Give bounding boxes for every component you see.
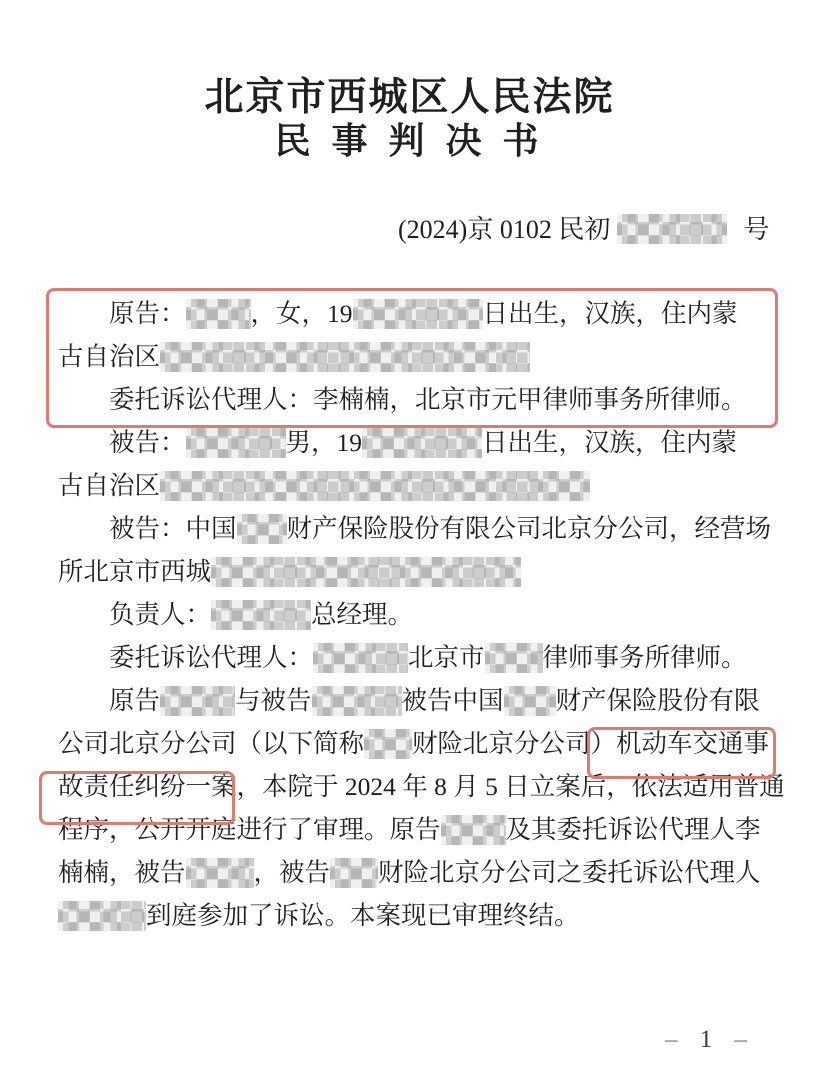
text-run: 及其委托诉讼代理人李 bbox=[506, 815, 761, 844]
text-run: 所北京市西城 bbox=[58, 557, 211, 586]
redacted-text bbox=[330, 858, 378, 888]
redacted-case-number bbox=[617, 214, 727, 244]
redacted-text bbox=[441, 815, 506, 845]
body-line: 程序，公开开庭进行了审理。原告及其委托诉讼代理人李 bbox=[58, 808, 778, 851]
redacted-text bbox=[362, 428, 482, 458]
body-line: 委托诉讼代理人：李楠楠，北京市元甲律师事务所律师。 bbox=[58, 378, 778, 421]
page-number: – 1 – bbox=[665, 1026, 749, 1054]
redacted-text bbox=[313, 643, 408, 673]
redacted-text bbox=[160, 686, 235, 716]
body-line: 到庭参加了诉讼。本案现已审理终结。 bbox=[58, 894, 778, 937]
text-run: 日出生，汉族，住内蒙 bbox=[482, 428, 737, 457]
page-number-dash-left: – bbox=[665, 1026, 680, 1053]
text-run: 北京市 bbox=[408, 643, 485, 672]
text-run: 委托诉讼代理人：李楠楠，北京市元甲律师事务所律师。 bbox=[109, 385, 747, 414]
redacted-text bbox=[237, 514, 287, 544]
body-line: 古自治区 bbox=[58, 335, 778, 378]
redacted-text bbox=[186, 428, 286, 458]
text-run: 财产保险股份有限公司北京分公司，经营场 bbox=[287, 514, 772, 543]
case-number-suffix: 号 bbox=[743, 215, 769, 244]
redacted-text bbox=[504, 686, 556, 716]
redacted-text bbox=[186, 858, 254, 888]
text-run: 负责人： bbox=[109, 600, 211, 629]
text-run: 财险北京分公司）机动车交通事 bbox=[412, 729, 769, 758]
body-line: 被告：男，19日出生，汉族，住内蒙 bbox=[58, 421, 778, 464]
case-number-prefix: (2024)京 0102 民初 bbox=[398, 215, 610, 244]
text-run: 到庭参加了诉讼。本案现已审理终结。 bbox=[146, 901, 580, 930]
text-run: 故责任纠纷一案，本院于 2024 年 8 月 5 日立案后，依法适用普通 bbox=[58, 772, 785, 801]
text-run: 古自治区 bbox=[58, 342, 160, 371]
body-line: 被告：中国财产保险股份有限公司北京分公司，经营场 bbox=[58, 507, 778, 550]
text-run: 被告：中国 bbox=[109, 514, 237, 543]
body-line: 楠楠，被告，被告财险北京分公司之委托诉讼代理人 bbox=[58, 851, 778, 894]
text-run: 公司北京分公司（以下简称 bbox=[58, 729, 364, 758]
text-run: 日出生，汉族，住内蒙 bbox=[483, 299, 738, 328]
redacted-text bbox=[186, 299, 251, 329]
case-number: (2024)京 0102 民初 号 bbox=[398, 209, 769, 246]
redacted-text bbox=[353, 299, 483, 329]
text-run: 财产保险股份有限 bbox=[556, 686, 760, 715]
body-line: 所北京市西城 bbox=[58, 550, 778, 593]
text-run: 律师事务所律师。 bbox=[543, 643, 747, 672]
text-run: 被告： bbox=[109, 428, 186, 457]
text-run: 男，19 bbox=[286, 428, 363, 457]
text-run: 与被告 bbox=[235, 686, 312, 715]
body-line: 公司北京分公司（以下简称财险北京分公司）机动车交通事 bbox=[58, 722, 778, 765]
document-type-title: 民 事 判 决 书 bbox=[0, 113, 819, 164]
redacted-text bbox=[485, 643, 543, 673]
text-run: 楠楠，被告 bbox=[58, 858, 186, 887]
body-line: 故责任纠纷一案，本院于 2024 年 8 月 5 日立案后，依法适用普通 bbox=[58, 765, 778, 808]
redacted-text bbox=[160, 471, 590, 501]
text-run: 古自治区 bbox=[58, 471, 160, 500]
text-run: ，女，19 bbox=[251, 299, 353, 328]
text-run: 原告 bbox=[109, 686, 160, 715]
text-run: 原告： bbox=[109, 299, 186, 328]
body-line: 原告与被告被告中国财产保险股份有限 bbox=[58, 679, 778, 722]
page-number-dash-right: – bbox=[735, 1026, 750, 1053]
document-body: 原告：，女，19日出生，汉族，住内蒙古自治区委托诉讼代理人：李楠楠，北京市元甲律… bbox=[58, 292, 778, 937]
redacted-text bbox=[58, 901, 146, 931]
text-run: 程序，公开开庭进行了审理。原告 bbox=[58, 815, 441, 844]
text-run: ，被告 bbox=[254, 858, 331, 887]
text-run: 财险北京分公司之委托诉讼代理人 bbox=[378, 858, 761, 887]
body-line: 原告：，女，19日出生，汉族，住内蒙 bbox=[58, 292, 778, 335]
redacted-text bbox=[160, 342, 530, 372]
text-run: 被告中国 bbox=[402, 686, 504, 715]
redacted-text bbox=[211, 557, 521, 587]
text-run: 委托诉讼代理人： bbox=[109, 643, 313, 672]
judgment-document-page: 北京市西城区人民法院 民 事 判 决 书 (2024)京 0102 民初 号 原… bbox=[0, 0, 819, 1089]
text-run: 总经理。 bbox=[311, 600, 413, 629]
body-line: 古自治区 bbox=[58, 464, 778, 507]
redacted-text bbox=[312, 686, 402, 716]
body-line: 委托诉讼代理人：北京市律师事务所律师。 bbox=[58, 636, 778, 679]
body-line: 负责人：总经理。 bbox=[58, 593, 778, 636]
redacted-text bbox=[211, 600, 311, 630]
page-number-value: 1 bbox=[688, 1026, 727, 1053]
redacted-text bbox=[364, 729, 412, 759]
